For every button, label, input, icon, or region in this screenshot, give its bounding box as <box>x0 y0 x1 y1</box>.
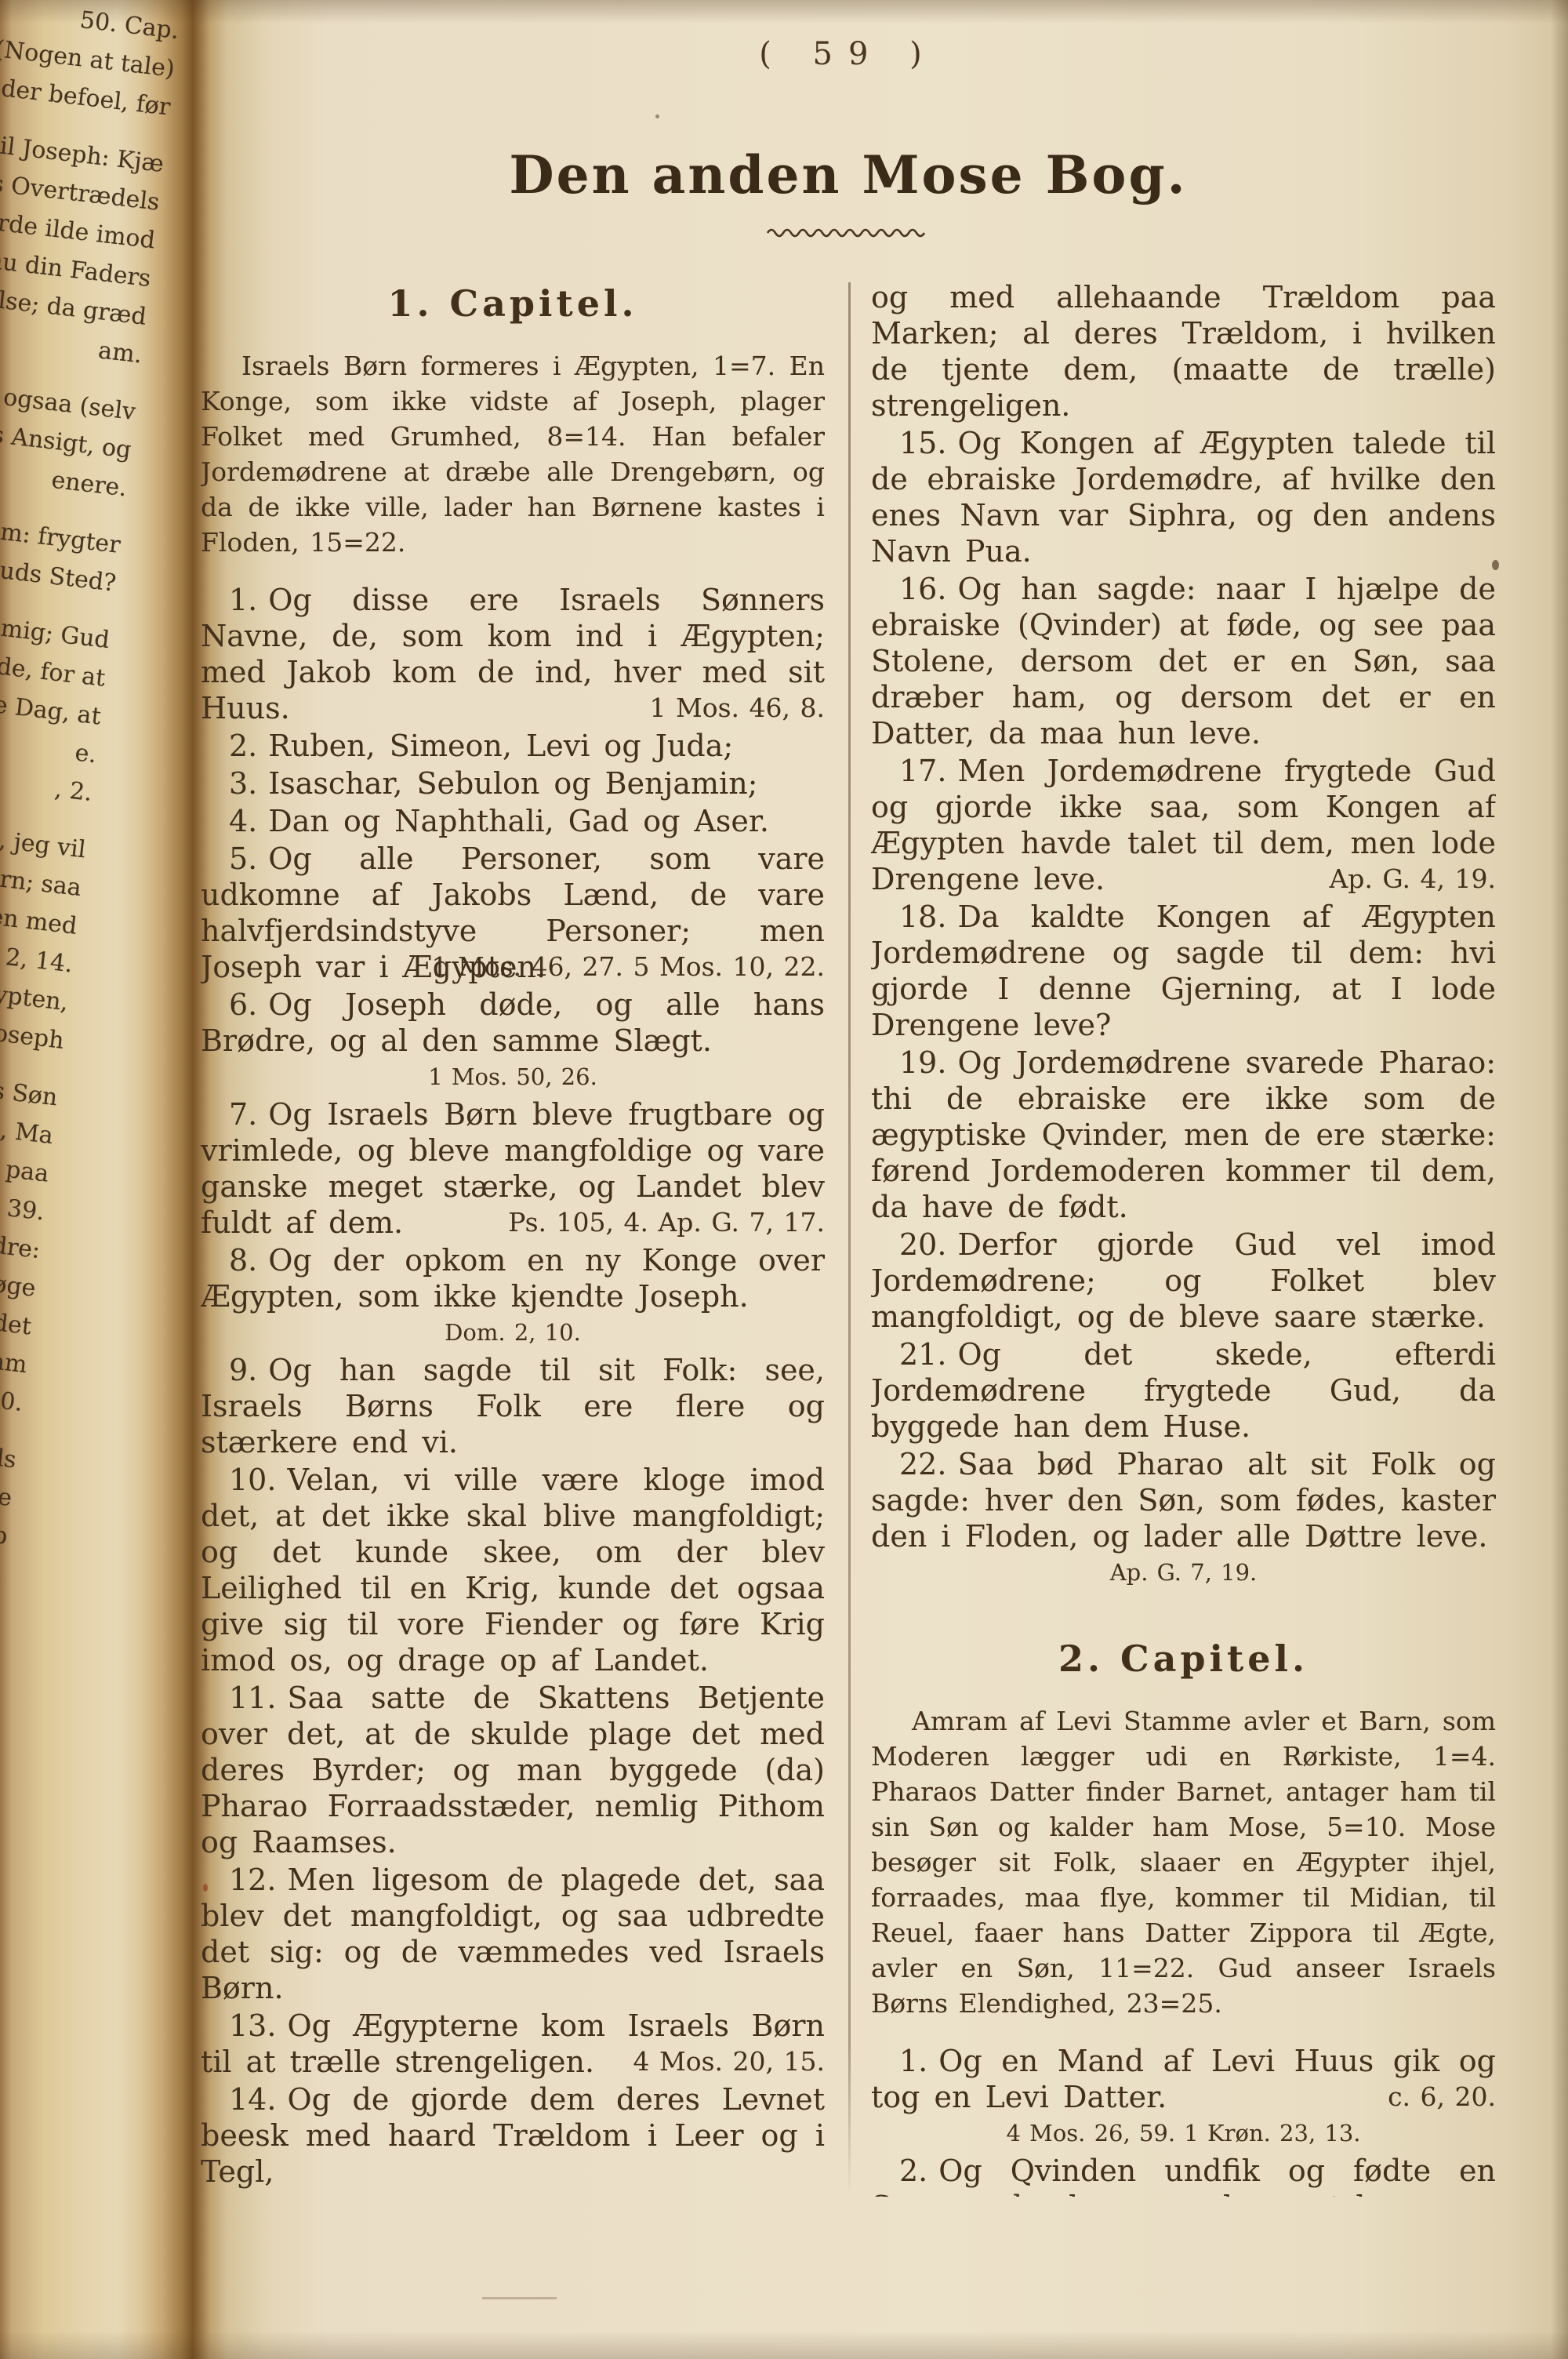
verse-text: Og Qvinden undfik og fødte en Søn, og de… <box>871 2154 1496 2197</box>
verse-number: 14. <box>229 2082 276 2117</box>
verse-text: Ruben, Simeon, Levi og Juda; <box>268 729 733 763</box>
chapter1-verses-left: 1.Og disse ere Israels Sønners Navne, de… <box>201 582 825 2190</box>
verse-paragraph: 13.Og Ægypterne kom Israels Børn til at … <box>201 2008 825 2080</box>
verse-paragraph: 18.Da kaldte Kongen af Ægypten Jordemødr… <box>871 899 1496 1043</box>
scripture-reference: Ps. 105, 4. Ap. G. 7, 17. <box>480 1205 825 1241</box>
verse-paragraph: 4.Dan og Naphthali, Gad og Aser. <box>201 803 825 839</box>
verse-paragraph: 15.Og Kongen af Ægypten talede til de eb… <box>871 425 1496 569</box>
verse-paragraph: 12.Men ligesom de plagede det, saa blev … <box>201 1862 825 2006</box>
page-number: ( 59 ) <box>201 36 1496 72</box>
verse-number: 18. <box>899 900 946 934</box>
previous-page-text: 50. Cap. (Nogen at tale) Fader befoel, f… <box>0 0 181 1708</box>
verse-number: 2. <box>229 729 257 763</box>
scripture-reference: c. 6, 20. <box>1359 2079 1496 2115</box>
verse-paragraph: 6.Og Joseph døde, og alle hans Brødre, o… <box>201 987 825 1093</box>
verse-number: 17. <box>899 754 946 788</box>
verse-number: 15. <box>899 426 946 460</box>
scripture-reference: 4 Mos. 20, 15. <box>604 2044 825 2080</box>
verse-number: 19. <box>899 1045 946 1080</box>
chapter2-heading: 2. Capitel. <box>871 1637 1496 1680</box>
verse-number: 2. <box>899 2154 927 2188</box>
left-column: 1. Capitel. Israels Børn formeres i Ægyp… <box>201 279 825 2197</box>
verse-text: Derfor gjorde Gud vel imod Jordemødrene;… <box>871 1227 1496 1334</box>
verse-paragraph: 1.Og disse ere Israels Sønners Navne, de… <box>201 582 825 726</box>
verse-text: Dan og Naphthali, Gad og Aser. <box>268 804 769 838</box>
previous-page-edge: 50. Cap. (Nogen at tale) Fader befoel, f… <box>0 0 198 1898</box>
verse-number: 5. <box>229 841 257 876</box>
verse-number: 22. <box>899 1447 946 1481</box>
chapter1-heading: 1. Capitel. <box>201 282 825 325</box>
verse-paragraph: 3.Isaschar, Sebulon og Benjamin; <box>201 765 825 801</box>
verse-text: Isaschar, Sebulon og Benjamin; <box>268 766 757 801</box>
verse-paragraph: 22.Saa bød Pharao alt sit Folk og sagde:… <box>871 1446 1496 1589</box>
verse-number: 20. <box>899 1227 946 1262</box>
verse-number: 12. <box>229 1863 276 1897</box>
verse-number: 3. <box>229 766 257 801</box>
book-title: Den anden Mose Bog. <box>201 144 1496 205</box>
verse-paragraph: 8.Og der opkom en ny Konge over Ægypten,… <box>201 1242 825 1349</box>
verse-number: 10. <box>229 1463 276 1497</box>
verse-number: 1. <box>229 583 257 617</box>
scripture-reference-centered: Ap. G. 7, 19. <box>871 1556 1496 1589</box>
verse-text: Og Kongen af Ægypten talede til de ebrai… <box>871 426 1496 569</box>
verse-paragraph: 20.Derfor gjorde Gud vel imod Jordemødre… <box>871 1227 1496 1335</box>
verse-paragraph: 10.Velan, vi ville være kloge imod det, … <box>201 1462 825 1678</box>
column-rule <box>848 282 851 2197</box>
verse-text: Velan, vi ville være kloge imod det, at … <box>201 1463 825 1677</box>
verse-text: Da kaldte Kongen af Ægypten Jordemødrene… <box>871 900 1496 1042</box>
verse-paragraph: 17.Men Jordemødrene frygtede Gud og gjor… <box>871 753 1496 897</box>
verse-paragraph: 7.Og Israels Børn bleve frugtbare og vri… <box>201 1096 825 1241</box>
verse-paragraph: 1.Og en Mand af Levi Huus gik og tog en … <box>871 2043 1496 2150</box>
verse-number: 21. <box>899 1337 946 1372</box>
verse-paragraph: 21.Og det skede, efterdi Jordemødrene fr… <box>871 1336 1496 1445</box>
scripture-reference: 1 Mos. 46, 8. <box>621 690 825 726</box>
verse-paragraph: 19.Og Jordemødrene svarede Pharao: thi d… <box>871 1045 1496 1225</box>
verse-text: Og han sagde: naar I hjælpe de ebraiske … <box>871 572 1496 751</box>
verse-number: 7. <box>229 1097 257 1132</box>
verse-number: 16. <box>899 572 946 606</box>
printed-page: ( 59 ) Den anden Mose Bog. 1. Capitel. I… <box>201 0 1496 2197</box>
verse-paragraph: 14.Og de gjorde dem deres Levnet beesk m… <box>201 2081 825 2190</box>
verse-number: 8. <box>229 1243 257 1278</box>
verse-text: Og Joseph døde, og alle hans Brødre, og … <box>201 987 825 1058</box>
book-page-photo: 50. Cap. (Nogen at tale) Fader befoel, f… <box>0 0 1568 2359</box>
scripture-reference: Ap. G. 4, 19. <box>1301 861 1496 897</box>
verse-number: 13. <box>229 2008 276 2043</box>
verse-number: 11. <box>229 1681 276 1715</box>
verse-text: Og de gjorde dem deres Levnet beesk med … <box>201 2082 825 2189</box>
verse-paragraph: 2.Og Qvinden undfik og fødte en Søn, og … <box>871 2153 1496 2197</box>
chapter2-summary: Amram af Levi Stamme avler et Barn, som … <box>871 1703 1496 2021</box>
verse-number: 6. <box>229 987 257 1022</box>
scripture-reference-centered: 4 Mos. 26, 59. 1 Krøn. 23, 13. <box>871 2117 1496 2150</box>
chapter2-verses: 1.Og en Mand af Levi Huus gik og tog en … <box>871 2043 1496 2197</box>
verse-text: og med allehaande Trældom paa Marken; al… <box>871 280 1496 423</box>
verse-paragraph: 16.Og han sagde: naar I hjælpe de ebrais… <box>871 571 1496 751</box>
verse-paragraph: og med allehaande Trældom paa Marken; al… <box>871 279 1496 423</box>
verse-number: 9. <box>229 1353 257 1387</box>
chapter1-summary: Israels Børn formeres i Ægypten, 1=7. En… <box>201 348 825 560</box>
chapter1-verses-right: og med allehaande Trældom paa Marken; al… <box>871 279 1496 1589</box>
verse-text: Og der opkom en ny Konge over Ægypten, s… <box>201 1243 825 1314</box>
printers-mark <box>482 2297 557 2299</box>
wavy-divider <box>765 226 931 238</box>
scripture-reference-centered: 1 Mos. 50, 26. <box>201 1060 825 1093</box>
verse-text: Saa satte de Skattens Betjente over det,… <box>201 1681 825 1859</box>
verse-text: Saa bød Pharao alt sit Folk og sagde: hv… <box>871 1447 1496 1554</box>
verse-text: Og Jordemødrene svarede Pharao: thi de e… <box>871 1045 1496 1224</box>
verse-paragraph: 5.Og alle Personer, som vare udkomne af … <box>201 841 825 985</box>
verse-number: 4. <box>229 804 257 838</box>
verse-number: 1. <box>899 2044 927 2078</box>
right-column: og med allehaande Trældom paa Marken; al… <box>871 279 1496 2197</box>
text-columns: 1. Capitel. Israels Børn formeres i Ægyp… <box>201 279 1496 2197</box>
verse-paragraph: 2.Ruben, Simeon, Levi og Juda; <box>201 728 825 764</box>
verse-text: Og han sagde til sit Folk: see, Israels … <box>201 1353 825 1459</box>
scripture-reference-centered: Dom. 2, 10. <box>201 1316 825 1349</box>
verse-text: Og det skede, efterdi Jordemødrene frygt… <box>871 1337 1496 1444</box>
verse-text: Men ligesom de plagede det, saa blev det… <box>201 1863 825 2005</box>
scripture-reference: 1 Mos. 46, 27. 5 Mos. 10, 22. <box>403 949 825 985</box>
verse-paragraph: 11.Saa satte de Skattens Betjente over d… <box>201 1680 825 1860</box>
verse-paragraph: 9.Og han sagde til sit Folk: see, Israel… <box>201 1352 825 1460</box>
